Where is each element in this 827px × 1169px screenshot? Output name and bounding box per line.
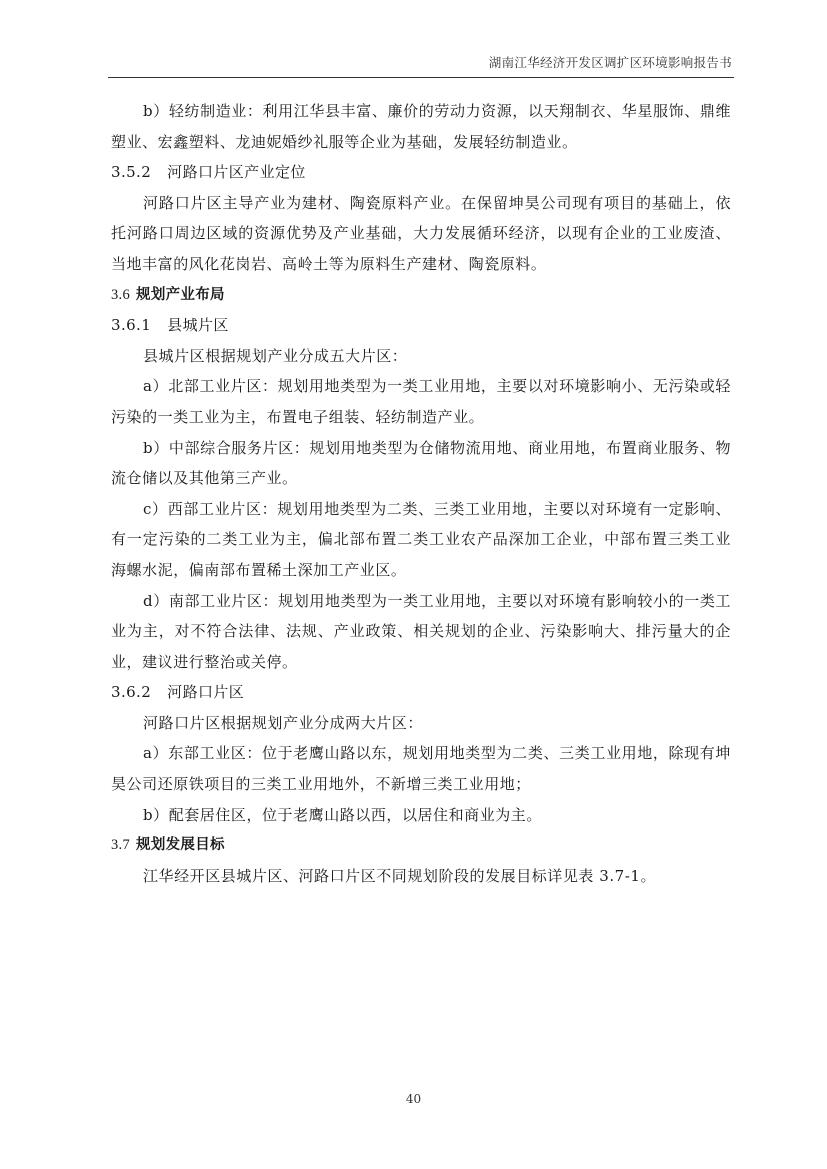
paragraph-county-north: a）北部工业片区：规划用地类型为一类工业用地，主要以对环境影响小、无污染或轻污染… (111, 371, 731, 432)
paragraph-helukou-residential: b）配套居住区，位于老鹰山路以西，以居住和商业为主。 (111, 800, 731, 831)
paragraph-county-intro: 县城片区根据规划产业分成五大片区： (111, 341, 731, 372)
section-heading-3-6: 3.6规划产业布局 (111, 280, 731, 311)
paragraph-county-central: b）中部综合服务片区：规划用地类型为仓储物流用地、商业用地，布置商业服务、物流仓… (111, 433, 731, 494)
paragraph-light-textile: b）轻纺制造业：利用江华县丰富、廉价的劳动力资源，以天翔制衣、华星服饰、鼎维塑业… (111, 96, 731, 157)
page-body: b）轻纺制造业：利用江华县丰富、廉价的劳动力资源，以天翔制衣、华星服饰、鼎维塑业… (111, 96, 731, 891)
paragraph-county-south: d）南部工业片区：规划用地类型为一类工业用地，主要以对环境有影响较小的一类工业为… (111, 586, 731, 678)
document-title: 湖南江华经济开发区调扩区环境影响报告书 (489, 54, 734, 72)
section-heading-3-7: 3.7规划发展目标 (111, 830, 731, 861)
section-heading-3-6-2: 3.6.2河路口片区 (111, 677, 731, 708)
paragraph-county-west: c）西部工业片区：规划用地类型为二类、三类工业用地，主要以对环境有一定影响、有一… (111, 494, 731, 586)
running-header: 湖南江华经济开发区调扩区环境影响报告书 (108, 54, 734, 78)
page-number: 40 (0, 1092, 827, 1106)
paragraph-helukou-intro: 河路口片区根据规划产业分成两大片区： (111, 708, 731, 739)
paragraph-helukou-positioning: 河路口片区主导产业为建材、陶瓷原料产业。在保留坤昊公司现有项目的基础上，依托河路… (111, 188, 731, 280)
section-heading-3-5-2: 3.5.2河路口片区产业定位 (111, 157, 731, 188)
section-heading-3-6-1: 3.6.1县城片区 (111, 310, 731, 341)
paragraph-helukou-east: a）东部工业区：位于老鹰山路以东，规划用地类型为二类、三类工业用地，除现有坤昊公… (111, 738, 731, 799)
paragraph-development-goals: 江华经开区县城片区、河路口片区不同规划阶段的发展目标详见表 3.7-1。 (111, 861, 731, 892)
